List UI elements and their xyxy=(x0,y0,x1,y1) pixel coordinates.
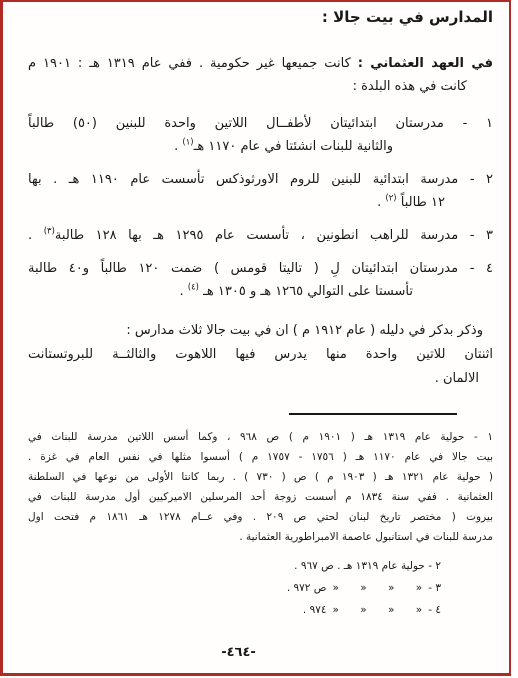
list-item-2: ٢ - مدرسة ابتدائية للبنين للروم الاورثوذ… xyxy=(28,168,493,214)
footnote-ref-1: (١) xyxy=(182,138,193,148)
footnote-ref-4: (٤) xyxy=(188,283,199,293)
item-3-line-1: مدرسة للراهب انطونين ، تأسست عام ١٢٩٥ هـ… xyxy=(55,228,458,243)
footnote-1-line-3: ( حولية عام ١٣٢١ هـ ( ١٩٠٣ م ) ص ( ٧٣٠ )… xyxy=(28,467,493,487)
item-2-line-1: مدرسة ابتدائية للبنين للروم الاورثوذكس ت… xyxy=(28,172,458,187)
closing-line-1: وذكر بدكر في دليله ( عام ١٩١٢ م ) ان في … xyxy=(28,319,493,343)
footnote-ref-2: (٢) xyxy=(385,194,396,204)
footnote-3: ٣ -« « « «ص ٩٧٢ . xyxy=(28,577,441,599)
closing-line-2: اثنتان للاتين واحدة منها يدرس فيها اللاه… xyxy=(28,343,493,367)
item-1-line-1: مدرستان ابتدائيتان لأطفــال اللاتين واحد… xyxy=(28,116,444,131)
school-list: ١ - مدرستان ابتدائيتان لأطفــال اللاتين … xyxy=(28,112,493,303)
footnote-1: ١ - حولية عام ١٣١٩ هـ ( ١٩٠١ م ) ص ٩٦٨ ،… xyxy=(28,427,493,547)
intro-line-2: كانت في هذه البلدة : xyxy=(28,75,467,98)
intro-line-1: في العهد العثماني : كانت جميعها غير حكوم… xyxy=(28,52,493,75)
footnote-1-line-1: ١ - حولية عام ١٣١٩ هـ ( ١٩٠١ م ) ص ٩٦٨ ،… xyxy=(28,427,493,447)
item-2-marker: ٢ - xyxy=(470,172,493,187)
list-item-3: ٣ - مدرسة للراهب انطونين ، تأسست عام ١٢٩… xyxy=(28,224,493,247)
closing-line-3: الالمان . xyxy=(28,367,479,391)
list-item-1: ١ - مدرستان ابتدائيتان لأطفــال اللاتين … xyxy=(28,112,493,158)
ditto-marks: « « « « xyxy=(327,582,429,594)
footnote-1-line-6: مدرسة للبنات في استانبول عاصمة الامبراطو… xyxy=(28,527,493,547)
intro-paragraph: في العهد العثماني : كانت جميعها غير حكوم… xyxy=(28,52,493,98)
intro-lead-bold: في العهد العثماني : xyxy=(358,56,493,71)
closing-paragraph: وذكر بدكر في دليله ( عام ١٩١٢ م ) ان في … xyxy=(28,319,493,391)
footnote-2: ٢ - حولية عام ١٣١٩ هـ . ص ٩٦٧ . xyxy=(28,555,441,577)
footnote-4: ٤ -« « « «٩٧٤ . xyxy=(28,599,441,621)
item-3-marker: ٣ - xyxy=(470,228,493,243)
item-4-line-2: تأسستا على التوالي ١٢٦٥ هـ و ١٣٠٥ هـ (٤)… xyxy=(28,280,413,303)
footnote-1-line-4: العثمانية . ففي سنة ١٨٣٤ م أسست زوجة أحد… xyxy=(28,487,493,507)
short-footnotes: ٢ - حولية عام ١٣١٩ هـ . ص ٩٦٧ . ٣ -« « «… xyxy=(28,555,493,621)
footnote-1-line-5: بيروت ( مختصر تاريخ لبنان لحتي ص ٢٠٩ . و… xyxy=(28,507,493,527)
intro-line-1-rest: كانت جميعها غير حكومية . ففي عام ١٣١٩ هـ… xyxy=(28,56,351,71)
list-item-4: ٤ - مدرستان ابتدائيتان لِ ( تاليتا قومس … xyxy=(28,257,493,303)
footnote-1-line-2: بيت جالا في عام ١١٧٠ هـ ( ١٧٥٦ - ١٧٥٧ م … xyxy=(28,447,493,467)
footnote-ref-3: (٣) xyxy=(44,227,55,237)
item-1-line-2: والثانية للبنات انشئتا في عام ١١٧٠ هـ(١)… xyxy=(28,135,393,158)
item-4-line-1: مدرستان ابتدائيتان لِ ( تاليتا قومس ) ضم… xyxy=(28,261,458,276)
item-1-marker: ١ - xyxy=(463,116,493,131)
item-2-line-2: ١٢ طالباً (٢) . xyxy=(28,191,445,214)
footnote-separator-rule xyxy=(289,413,457,415)
ditto-marks: « « « « xyxy=(327,604,429,616)
document-page: المدارس في بيت جالا : في العهد العثماني … xyxy=(28,4,493,664)
item-4-marker: ٤ - xyxy=(470,261,493,276)
page-title: المدارس في بيت جالا : xyxy=(28,6,493,28)
page-number: -٤٦٤- xyxy=(6,641,471,664)
